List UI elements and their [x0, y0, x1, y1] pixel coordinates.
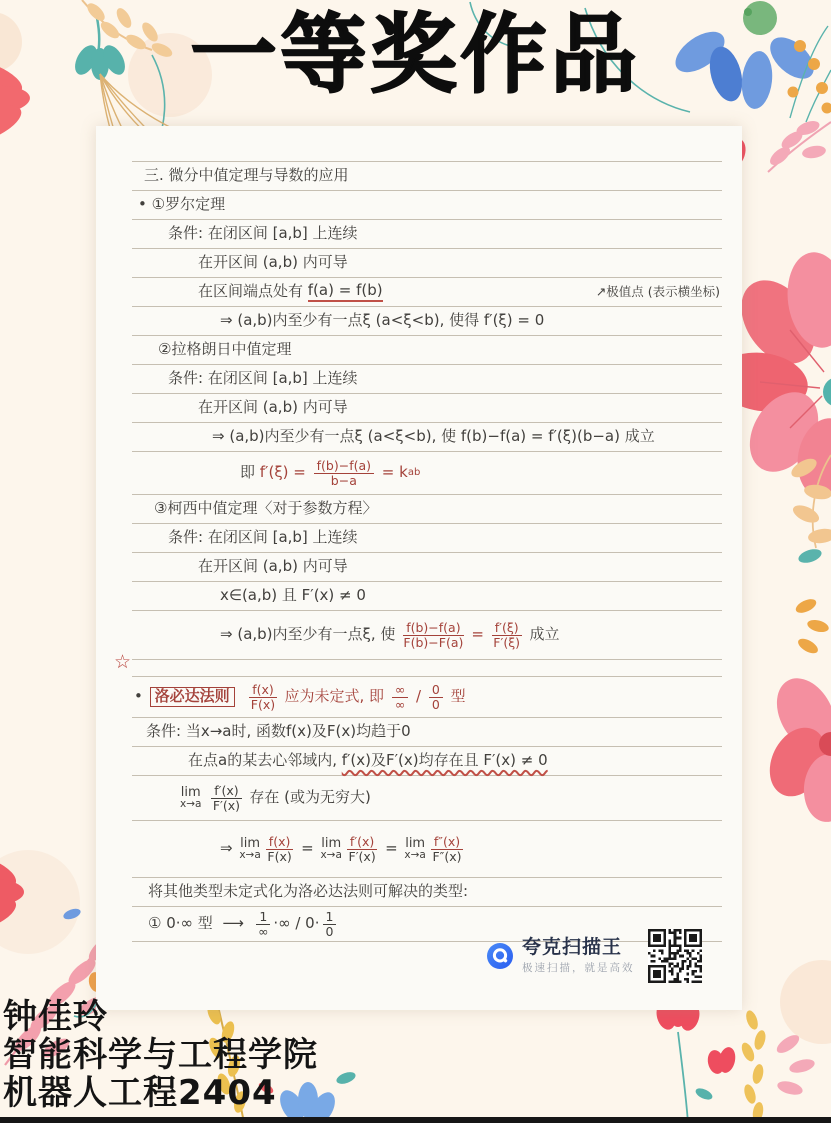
- fraction: f(b)−f(a)F(b)−F(a): [403, 621, 463, 650]
- note-line: 条件: 在闭区间 [a,b] 上连续: [132, 524, 722, 553]
- note-line: 三. 微分中值定理与导数的应用: [132, 162, 722, 191]
- note-text: 在点a的某去心邻域内,: [188, 752, 342, 769]
- note-text: 即: [240, 464, 260, 481]
- scanner-watermark: 夸克扫描王 极速扫描，就是高效: [487, 929, 702, 983]
- qr-code: [648, 929, 702, 983]
- fraction: f(x)F(x): [249, 683, 277, 712]
- flower-decoration-right-lower: [759, 668, 831, 824]
- note-text: 条件: 在闭区间 [a,b] 上连续: [168, 370, 358, 387]
- note-line: 将其他类型未定式化为洛必达法则可解决的类型:: [132, 878, 722, 907]
- floral-bunch-decoration-bottom-right: [653, 997, 816, 1123]
- note-line: 在点a的某去心邻域内, f′(x)及F′(x)均存在且 F′(x) ≠ 0: [132, 747, 722, 776]
- note-line: 在区间端点处有 f(a) = f(b)↗极值点 (表示横坐标): [132, 278, 722, 307]
- watermark-app-name: 夸克扫描王: [522, 937, 635, 958]
- note-text: 应为未定式, 即: [280, 688, 389, 705]
- leaf-sprig-decoration-corner: [767, 118, 831, 172]
- fraction: 10: [323, 910, 337, 939]
- note-text: ⇒: [220, 840, 237, 857]
- limit-notation: limx→a: [239, 837, 260, 862]
- fraction: f′(x)F′(x): [347, 835, 377, 864]
- page-title: 一等奖作品: [0, 8, 831, 103]
- note-line: 条件: 在闭区间 [a,b] 上连续: [132, 365, 722, 394]
- note-text: ②拉格朗日中值定理: [158, 341, 291, 358]
- note-line: ⇒ (a,b)内至少有一点ξ, 使 f(b)−f(a)F(b)−F(a) = f…: [132, 611, 722, 660]
- note-text: 在开区间 (a,b) 内可导: [198, 399, 348, 416]
- fraction: f(x)F(x): [266, 835, 294, 864]
- note-text: [237, 688, 247, 705]
- note-text: 将其他类型未定式化为洛必达法则可解决的类型:: [148, 883, 468, 900]
- note-text: =: [467, 626, 489, 643]
- note-line: • ①罗尔定理: [132, 191, 722, 220]
- bottom-border-bar: [0, 1117, 831, 1123]
- note-text: /: [411, 688, 426, 705]
- footer-author-info: 钟佳玲 智能科学与工程学院 机器人工程2404: [3, 998, 318, 1112]
- leaf-sprig-decoration-right: [788, 455, 831, 565]
- note-text: ·∞ / 0·: [273, 915, 319, 932]
- author-class: 机器人工程2404: [3, 1074, 318, 1112]
- note-line: 在开区间 (a,b) 内可导: [132, 249, 722, 278]
- fraction: f′(x)F′(x): [211, 784, 241, 813]
- note-line: 条件: 当x→a时, 函数f(x)及F(x)均趋于0: [132, 718, 722, 747]
- boxed-keyword: 洛必达法则: [150, 687, 235, 706]
- note-text: x∈(a,b) 且 F′(x) ≠ 0: [220, 587, 366, 604]
- watermark-tagline: 极速扫描，就是高效: [522, 960, 635, 975]
- note-text: ⇒ (a,b)内至少有一点ξ, 使: [220, 626, 400, 643]
- note-line: 在开区间 (a,b) 内可导: [132, 553, 722, 582]
- note-line: ⇒ (a,b)内至少有一点ξ (a<ξ<b), 使得 f′(ξ) = 0: [132, 307, 722, 336]
- margin-annotation: ↗极值点 (表示横坐标): [596, 285, 722, 299]
- note-text: f(a) = f(b): [308, 282, 383, 302]
- note-text: 成立: [525, 626, 560, 643]
- note-text: =: [380, 840, 402, 857]
- limit-notation: limx→a: [404, 837, 425, 862]
- fraction: f′(ξ)F′(ξ): [492, 621, 522, 650]
- leaf-sprig-decoration-right-lower: [794, 596, 830, 656]
- limit-notation: limx→a: [320, 837, 341, 862]
- note-line: ⇒ (a,b)内至少有一点ξ (a<ξ<b), 使 f(b)−f(a) = f′…: [132, 423, 722, 452]
- author-department: 智能科学与工程学院: [3, 1036, 318, 1074]
- note-text: ab: [408, 467, 420, 479]
- fraction: f″(x)F″(x): [431, 835, 463, 864]
- note-text: 三. 微分中值定理与导数的应用: [144, 167, 349, 184]
- note-line: ③柯西中值定理〈对于参数方程〉: [132, 495, 722, 524]
- note-text: ⇒ (a,b)内至少有一点ξ (a<ξ<b), 使得 f′(ξ) = 0: [220, 312, 544, 329]
- fraction: ∞∞: [392, 683, 408, 712]
- note-text: f′(ξ) =: [260, 464, 311, 481]
- note-text: f′(x)及F′(x)均存在且 F′(x) ≠ 0: [342, 752, 548, 769]
- blob-decoration: [780, 960, 831, 1044]
- note-text: 条件: 在闭区间 [a,b] 上连续: [168, 225, 358, 242]
- watermark-text: 夸克扫描王 极速扫描，就是高效: [522, 937, 635, 976]
- notebook-paper: 三. 微分中值定理与导数的应用• ①罗尔定理条件: 在闭区间 [a,b] 上连续…: [96, 126, 742, 1010]
- note-text: = k: [377, 464, 408, 481]
- quark-logo-icon: [487, 943, 513, 969]
- note-text: ① 0·∞ 型 ⟶: [148, 915, 253, 932]
- note-text: 型: [446, 688, 466, 705]
- note-text: =: [296, 840, 318, 857]
- note-text: 在开区间 (a,b) 内可导: [198, 558, 348, 575]
- note-text: •: [134, 688, 148, 705]
- scanned-notes-page: { "title": "一等奖作品", "notes": { "star_gly…: [0, 0, 831, 1123]
- note-line: ②拉格朗日中值定理: [132, 336, 722, 365]
- note-text: 条件: 当x→a时, 函数f(x)及F(x)均趋于0: [146, 723, 411, 740]
- note-text: 条件: 在闭区间 [a,b] 上连续: [168, 529, 358, 546]
- note-text: ③柯西中值定理〈对于参数方程〉: [154, 500, 377, 517]
- note-text: ⇒ (a,b)内至少有一点ξ (a<ξ<b), 使 f(b)−f(a) = f′…: [212, 428, 655, 445]
- author-name: 钟佳玲: [3, 998, 318, 1036]
- note-text: 在开区间 (a,b) 内可导: [198, 254, 348, 271]
- fraction: f(b)−f(a)b−a: [314, 459, 374, 488]
- note-text: • ①罗尔定理: [138, 196, 225, 213]
- note-text: 存在 (或为无穷大): [245, 789, 371, 806]
- note-line: x∈(a,b) 且 F′(x) ≠ 0: [132, 582, 722, 611]
- note-text: [203, 789, 208, 806]
- note-line: 即 f′(ξ) = f(b)−f(a)b−a = kab: [132, 452, 722, 495]
- note-line: ☆: [132, 660, 722, 677]
- blob-decoration: [0, 850, 80, 954]
- note-line: 在开区间 (a,b) 内可导: [132, 394, 722, 423]
- fraction: 1∞: [256, 910, 270, 939]
- note-line: ⇒ limx→af(x)F(x) = limx→af′(x)F′(x) = li…: [132, 821, 722, 878]
- star-icon: ☆: [114, 652, 131, 674]
- note-line: 条件: 在闭区间 [a,b] 上连续: [132, 220, 722, 249]
- note-line: limx→a f′(x)F′(x) 存在 (或为无穷大): [132, 776, 722, 821]
- fraction: 00: [429, 683, 443, 712]
- note-line: • 洛必达法则 f(x)F(x) 应为未定式, 即 ∞∞ / 00 型: [132, 677, 722, 718]
- notes-lines: 三. 微分中值定理与导数的应用• ①罗尔定理条件: 在闭区间 [a,b] 上连续…: [132, 161, 722, 942]
- limit-notation: limx→a: [180, 786, 201, 811]
- note-text: 在区间端点处有: [198, 283, 308, 300]
